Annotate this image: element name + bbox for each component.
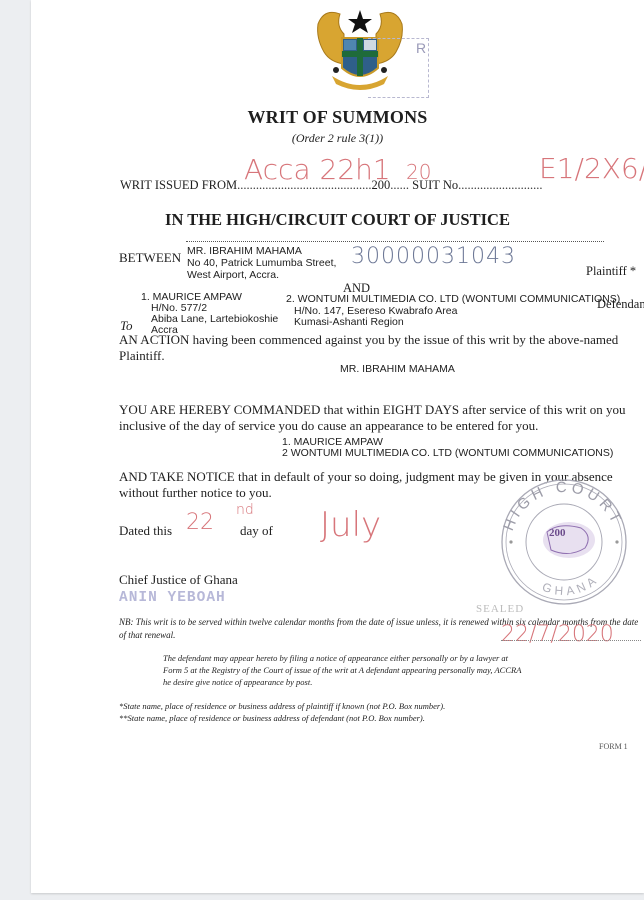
plaintiff-name: MR. IBRAHIM MAHAMA <box>187 245 302 257</box>
between-label: BETWEEN <box>119 250 181 266</box>
appearance-note-line: The defendant may appear hereto by filin… <box>163 653 643 664</box>
commanded-party: 2 WONTUMI MULTIMEDIA CO. LTD (WONTUMI CO… <box>282 447 613 459</box>
handwritten-dated-day: 22 <box>186 510 214 535</box>
defendant-2-name: 2. WONTUMI MULTIMEDIA CO. LTD (WONTUMI C… <box>286 293 620 305</box>
footnote-defendant: **State name, place of residence or busi… <box>119 713 425 723</box>
plaintiff-dotted-line <box>186 241 604 242</box>
handwritten-year: 20 <box>406 160 431 184</box>
sealed-stamp: SEALED <box>476 603 524 615</box>
registry-stamp-mark: R <box>416 40 426 56</box>
suit-no-dots: ........................... <box>458 178 542 192</box>
handwritten-plaintiff-number: 30000031043 <box>351 244 516 269</box>
signatory-name-stamp: ANIN YEBOAH <box>119 590 226 606</box>
plaintiff-address-line1: No 40, Patrick Lumumba Street, <box>187 257 336 269</box>
day-of-label: day of <box>240 523 273 539</box>
appearance-dotted-line <box>501 640 641 641</box>
form-label: FORM 1 <box>599 742 628 751</box>
appearance-note-line: he desire give notice of appearance by p… <box>163 677 643 688</box>
dated-label: Dated this <box>119 523 172 539</box>
defendant-2-address-line: Kumasi-Ashanti Region <box>294 316 404 328</box>
high-court-seal-icon: HIGH COURT GHANA 200 <box>489 470 639 610</box>
handwritten-dated-month: July <box>320 505 381 545</box>
plaintiff-role-label: Plaintiff * <box>586 264 636 279</box>
writ-document-page: R WRIT OF SUMMONS (Order 2 rule 3(1)) WR… <box>31 0 644 893</box>
handwritten-issued-from: Acca 22h1 <box>244 153 391 186</box>
appearance-note-line: Form 5 at the Registry of the Court of i… <box>163 665 643 676</box>
command-paragraph: YOU ARE HEREBY COMMANDED that within EIG… <box>119 402 644 434</box>
handwritten-sealed-date: 22/7/2020 <box>501 622 614 647</box>
action-paragraph: AN ACTION having been commenced against … <box>119 332 644 364</box>
footnote-plaintiff: *State name, place of residence or busin… <box>119 701 445 711</box>
action-plaintiff-name: MR. IBRAHIM MAHAMA <box>340 363 455 375</box>
plaintiff-address-line2: West Airport, Accra. <box>187 269 279 281</box>
seal-bottom-text: GHANA <box>540 572 601 599</box>
svg-text:GHANA: GHANA <box>540 572 601 599</box>
court-heading: IN THE HIGH/CIRCUIT COURT OF JUSTICE <box>31 210 644 230</box>
defendant-role-label: Defendant ** <box>597 297 644 312</box>
signatory-title: Chief Justice of Ghana <box>119 572 238 588</box>
document-title: WRIT OF SUMMONS <box>31 107 644 128</box>
seal-center-text: 200 <box>549 527 566 539</box>
handwritten-dated-day-suffix: nd <box>236 502 254 518</box>
document-subtitle: (Order 2 rule 3(1)) <box>31 131 644 146</box>
handwritten-suit-no: E1/2X6/ <box>539 152 644 185</box>
issued-from-label: WRIT ISSUED FROM <box>120 178 237 192</box>
